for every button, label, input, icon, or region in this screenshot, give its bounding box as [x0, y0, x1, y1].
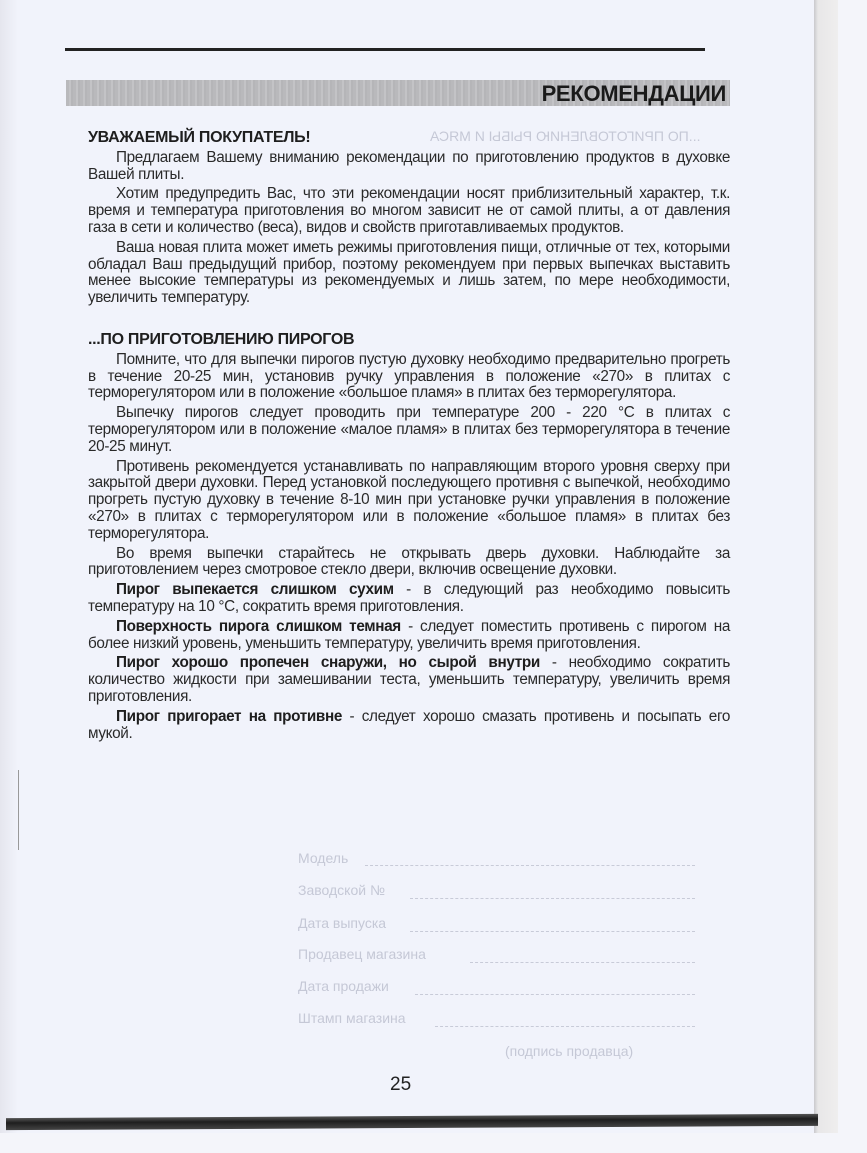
tip-paragraph: Пирог пригорает на противне - следует хо…: [88, 709, 730, 743]
ghost-line: [365, 865, 695, 867]
tip-paragraph: Поверхность пирога слишком темная - след…: [88, 619, 730, 653]
tip-paragraph: Пирог хорошо пропечен снаружи, но сырой …: [88, 655, 730, 705]
intro-heading: УВАЖАЕМЫЙ ПОКУПАТЕЛЬ!: [88, 130, 730, 147]
ghost-field: Штамп магазина: [298, 1010, 406, 1026]
ghost-field: Дата выпуска: [298, 915, 386, 931]
ghost-field: Продавец магазина: [298, 946, 426, 962]
ghost-line: [410, 931, 695, 933]
tip-lead: Поверхность пирога слишком темная: [116, 618, 401, 635]
ghost-line: [435, 1026, 695, 1028]
ghost-signature: (подпись продавца): [505, 1043, 633, 1059]
tip-lead: Пирог хорошо пропечен снаружи, но сырой …: [116, 654, 540, 671]
binding-stitch: [18, 770, 19, 850]
header-rule: [65, 48, 705, 51]
intro-paragraph: Ваша новая плита может иметь режимы приг…: [88, 240, 730, 307]
ghost-field: Модель: [298, 850, 348, 866]
pies-paragraph: Помните, что для выпечки пирогов пустую …: [88, 352, 730, 402]
intro-paragraph: Предлагаем Вашему вниманию рекомендации …: [88, 150, 730, 184]
section-title-band: РЕКОМЕНДАЦИИ: [66, 80, 730, 106]
page-number: 25: [390, 1074, 411, 1096]
intro-paragraph: Хотим предупредить Вас, что эти рекоменд…: [88, 186, 730, 236]
tip-lead: Пирог пригорает на противне: [116, 708, 342, 725]
page-right-edge: [814, 0, 838, 1133]
ghost-field: Дата продажи: [298, 978, 389, 994]
pies-paragraph: Во время выпечки старайтесь не открывать…: [88, 546, 730, 580]
ghost-line: [470, 962, 695, 964]
tip-paragraph: Пирог выпекается слишком сухим - в следу…: [88, 582, 730, 616]
section-title: РЕКОМЕНДАЦИИ: [542, 81, 726, 107]
ghost-field: Заводской №: [298, 882, 385, 898]
document-body: УВАЖАЕМЫЙ ПОКУПАТЕЛЬ! Предлагаем Вашему …: [88, 130, 730, 745]
tip-lead: Пирог выпекается слишком сухим: [116, 581, 394, 598]
page-binding-edge: [0, 0, 18, 1133]
pies-heading: ...ПО ПРИГОТОВЛЕНИЮ ПИРОГОВ: [88, 332, 730, 349]
ghost-line: [410, 898, 695, 900]
pies-paragraph: Противень рекомендуется устанавливать по…: [88, 459, 730, 543]
pies-paragraph: Выпечку пирогов следует проводить при те…: [88, 405, 730, 455]
ghost-line: [415, 994, 695, 996]
